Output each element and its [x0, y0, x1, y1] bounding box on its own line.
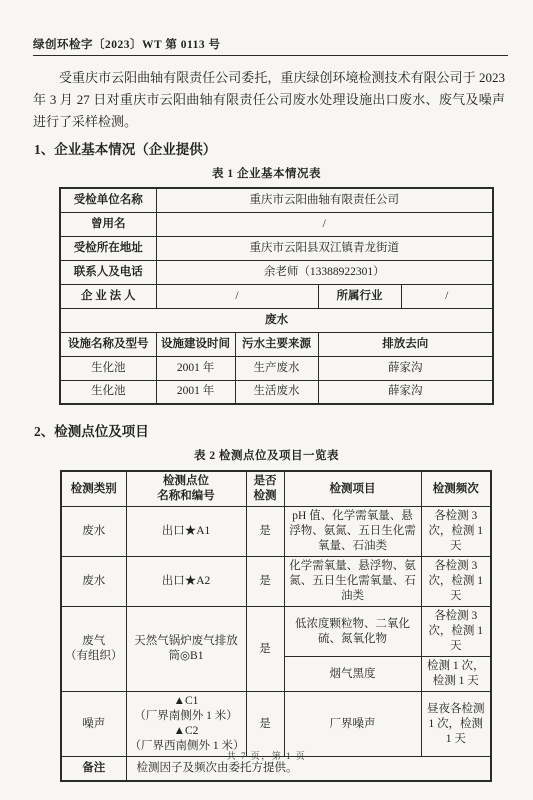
table-cell-value: 重庆市云阳曲轴有限责任公司	[156, 188, 493, 212]
table-cell-frequency: 昼夜各检测 1 次，检测 1 天	[421, 692, 491, 757]
table-section-row: 废水	[60, 308, 493, 332]
table-cell-value: 重庆市云阳县双江镇青龙街道	[156, 236, 493, 260]
table-header-cell: 设施名称及型号	[60, 332, 156, 356]
table-row: 噪声 ▲C1 （厂界南侧外 1 米） ▲C2 （厂界西南侧外 1 米） 是 厂界…	[61, 692, 491, 757]
table-cell: 2001 年	[156, 380, 235, 404]
table-cell-point: ▲C1 （厂界南侧外 1 米） ▲C2 （厂界西南侧外 1 米）	[126, 692, 246, 757]
table-cell-items: 厂界噪声	[284, 692, 421, 757]
table-cell-category: 废水	[61, 507, 126, 557]
table-cell-point: 出口★A1	[126, 507, 246, 557]
table-header-cell: 污水主要来源	[235, 332, 318, 356]
table-cell: 2001 年	[156, 356, 235, 380]
table-cell: 薛家沟	[318, 356, 493, 380]
monitoring-points-table: 检测类别 检测点位 名称和编号 是否 检测 检测项目 检测频次 废水 出口★A1…	[60, 470, 492, 782]
table-cell-category: 废气 （有组织）	[61, 607, 126, 692]
table-row: 生化池 2001 年 生产废水 薛家沟	[60, 356, 493, 380]
doc-number: 绿创环检字〔2023〕WT 第 0113 号	[33, 36, 505, 52]
table-row: 受检单位名称 重庆市云阳曲轴有限责任公司	[60, 188, 493, 212]
table-cell-frequency: 各检测 3 次，检测 1 天	[421, 607, 491, 657]
table-cell-frequency: 检测 1 次，检测 1 天	[421, 657, 491, 692]
table-cell-label: 受检单位名称	[60, 188, 156, 212]
table-cell-label: 所属行业	[318, 284, 401, 308]
table-cell-category: 废水	[61, 557, 126, 607]
table-header-cell: 检测频次	[421, 471, 491, 507]
table-row: 废水 出口★A2 是 化学需氧量、悬浮物、氨氮、五日生化需氧量、石油类 各检测 …	[61, 557, 491, 607]
document-page: 绿创环检字〔2023〕WT 第 0113 号 受重庆市云阳曲轴有限责任公司委托，…	[0, 0, 533, 800]
table-header-cell: 排放去向	[318, 332, 493, 356]
table-cell-value: /	[156, 212, 493, 236]
table-cell-tested: 是	[246, 557, 284, 607]
table-cell-items: 低浓度颗粒物、二氧化硫、氮氧化物	[284, 607, 421, 657]
table-cell-category: 噪声	[61, 692, 126, 757]
table-section-cell: 废水	[60, 308, 493, 332]
table-row: 生化池 2001 年 生活废水 薛家沟	[60, 380, 493, 404]
section2-heading: 2、检测点位及项目	[34, 420, 505, 440]
table-row: 企 业 法 人 / 所属行业 /	[60, 284, 493, 308]
header-rule	[33, 55, 508, 56]
table1-caption: 表 1 企业基本情况表	[0, 165, 533, 181]
table-cell-items: 烟气黑度	[284, 657, 421, 692]
table-cell-label: 联系人及电话	[60, 260, 156, 284]
table-header-cell: 检测点位 名称和编号	[126, 471, 246, 507]
table-cell-tested: 是	[246, 607, 284, 692]
table-cell-value: 余老师（13388922301）	[156, 260, 493, 284]
table-row: 废气 （有组织） 天然气锅炉废气排放 筒◎B1 是 低浓度颗粒物、二氧化硫、氮氧…	[61, 607, 491, 657]
table-row: 曾用名 /	[60, 212, 493, 236]
table-header-cell: 是否 检测	[246, 471, 284, 507]
table-row: 联系人及电话 余老师（13388922301）	[60, 260, 493, 284]
table-cell: 生化池	[60, 380, 156, 404]
table-header-cell: 检测类别	[61, 471, 126, 507]
table-cell: 生化池	[60, 356, 156, 380]
table-cell-items: 化学需氧量、悬浮物、氨氮、五日生化需氧量、石油类	[284, 557, 421, 607]
table-row: 废水 出口★A1 是 pH 值、化学需氧量、悬浮物、氨氮、五日生化需氧量、石油类…	[61, 507, 491, 557]
table-cell-items: pH 值、化学需氧量、悬浮物、氨氮、五日生化需氧量、石油类	[284, 507, 421, 557]
table-header-cell: 设施建设时间	[156, 332, 235, 356]
table-cell-value: /	[401, 284, 493, 308]
intro-paragraph: 受重庆市云阳曲轴有限责任公司委托，重庆绿创环境检测技术有限公司于 2023 年 …	[33, 67, 505, 133]
table-row: 受检所在地址 重庆市云阳县双江镇青龙街道	[60, 236, 493, 260]
table-header-row: 检测类别 检测点位 名称和编号 是否 检测 检测项目 检测频次	[61, 471, 491, 507]
table-header-cell: 检测项目	[284, 471, 421, 507]
company-info-table: 受检单位名称 重庆市云阳曲轴有限责任公司 曾用名 / 受检所在地址 重庆市云阳县…	[59, 187, 494, 405]
table-cell: 生活废水	[235, 380, 318, 404]
table2-caption: 表 2 检测点位及项目一览表	[0, 447, 533, 463]
table-cell-frequency: 各检测 3 次，检测 1 天	[421, 557, 491, 607]
table-cell-point: 天然气锅炉废气排放 筒◎B1	[126, 607, 246, 692]
table-cell-label: 曾用名	[60, 212, 156, 236]
table-cell-tested: 是	[246, 692, 284, 757]
table-cell-frequency: 各检测 3 次，检测 1 天	[421, 507, 491, 557]
page-footer: 共 7 页，第 1 页	[0, 749, 533, 762]
table-cell: 生产废水	[235, 356, 318, 380]
table-header-row: 设施名称及型号 设施建设时间 污水主要来源 排放去向	[60, 332, 493, 356]
table-cell: 薛家沟	[318, 380, 493, 404]
table-cell-value: /	[156, 284, 318, 308]
table-cell-point: 出口★A2	[126, 557, 246, 607]
table-cell-label: 企 业 法 人	[60, 284, 156, 308]
table-cell-label: 受检所在地址	[60, 236, 156, 260]
table-cell-tested: 是	[246, 507, 284, 557]
section1-heading: 1、企业基本情况（企业提供）	[34, 138, 505, 158]
